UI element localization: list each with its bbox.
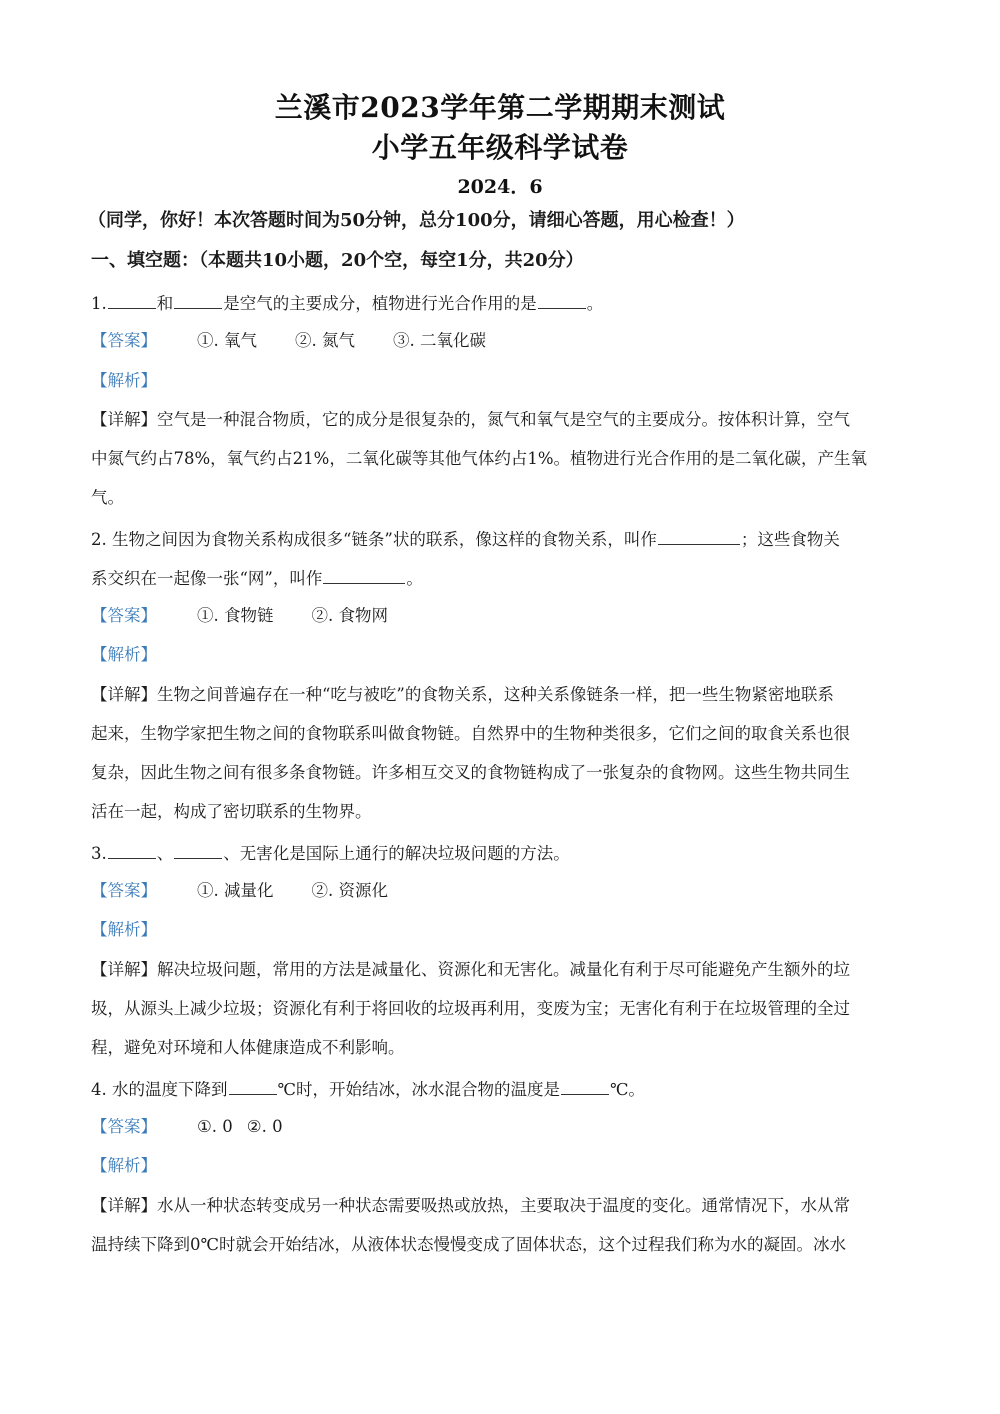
answer-label: 【答案】 — [91, 606, 157, 625]
detail-label: 【详解】 — [91, 960, 157, 979]
answer-blank — [174, 292, 222, 309]
question-number: 2. — [91, 530, 107, 549]
answer-blank — [108, 292, 156, 309]
question-3-analysis-label: 【解析】 — [91, 920, 911, 940]
question-4-analysis-label: 【解析】 — [91, 1156, 911, 1176]
answer-blank — [229, 1078, 277, 1095]
question-3-detail-line: 程，避免对环境和人体健康造成不利影响。 — [91, 1038, 911, 1058]
section-heading: 一、填空题：（本题共10小题，20个空，每空1分，共20分） — [91, 251, 911, 271]
answer-blank — [323, 567, 405, 584]
question-1-detail-line: 【详解】空气是一种混合物质，它的成分是很复杂的，氮气和氧气是空气的主要成分。按体… — [91, 410, 911, 430]
analysis-label: 【解析】 — [91, 1156, 157, 1175]
question-3-detail-line: 【详解】解决垃圾问题，常用的方法是减量化、资源化和无害化。减量化有利于尽可能避免… — [91, 960, 911, 980]
question-2-detail-line: 【详解】生物之间普遍存在一种“吃与被吃”的食物关系，这种关系像链条一样，把一些生… — [91, 685, 911, 705]
answer-item: ②. 氮气 — [295, 331, 355, 351]
question-4-stem: 4. 水的温度下降到℃时，开始结冰，冰水混合物的温度是℃。 — [91, 1078, 911, 1100]
instructions: （同学，你好！本次答题时间为50分钟，总分100分，请细心答题，用心检查！） — [88, 211, 908, 231]
question-4-detail-line: 温持续下降到0℃时就会开始结冰，从液体状态慢慢变成了固体状态，这个过程我们称为水… — [91, 1235, 911, 1255]
detail-label: 【详解】 — [91, 1196, 157, 1215]
question-number: 4. — [91, 1080, 107, 1099]
answer-blank — [108, 842, 156, 859]
question-3-detail-line: 圾，从源头上减少垃圾；资源化有利于将回收的垃圾再利用，变废为宝；无害化有利于在垃… — [91, 999, 911, 1019]
question-2-stem-cont: 系交织在一起像一张“网”，叫作。 — [91, 567, 911, 589]
question-1-analysis-label: 【解析】 — [91, 371, 911, 391]
question-number: 1. — [91, 294, 107, 313]
answer-item: ②. 0 — [247, 1117, 283, 1137]
exam-title: 兰溪市2023学年第二学期期末测试 — [0, 86, 1000, 126]
question-2-analysis-label: 【解析】 — [91, 645, 911, 665]
analysis-label: 【解析】 — [91, 645, 157, 664]
question-1-detail-line: 中氮气约占78%，氧气约占21%，二氧化碳等其他气体约占1%。植物进行光合作用的… — [91, 449, 911, 469]
answer-blank — [561, 1078, 609, 1095]
exam-page: 兰溪市2023学年第二学期期末测试 小学五年级科学试卷 2024．6 （同学，你… — [0, 0, 1000, 1414]
answer-label: 【答案】 — [91, 1117, 157, 1136]
question-number: 3. — [91, 844, 107, 863]
detail-label: 【详解】 — [91, 685, 157, 704]
question-1-detail-line: 气。 — [91, 488, 911, 508]
answer-item: ②. 食物网 — [312, 606, 389, 626]
question-4-answer: 【答案】①. 0②. 0 — [91, 1117, 911, 1137]
answer-item: ①. 0 — [197, 1117, 233, 1137]
answer-item: ②. 资源化 — [312, 881, 389, 901]
question-1-answer: 【答案】①. 氧气②. 氮气③. 二氧化碳 — [91, 331, 911, 351]
answer-item: ③. 二氧化碳 — [393, 331, 486, 351]
answer-label: 【答案】 — [91, 881, 157, 900]
answer-blank — [538, 292, 586, 309]
analysis-label: 【解析】 — [91, 371, 157, 390]
question-2-answer: 【答案】①. 食物链②. 食物网 — [91, 606, 911, 626]
question-4-detail-line: 【详解】水从一种状态转变成另一种状态需要吸热或放热，主要取决于温度的变化。通常情… — [91, 1196, 911, 1216]
question-2-detail-line: 起来，生物学家把生物之间的食物联系叫做食物链。自然界中的生物种类很多，它们之间的… — [91, 724, 911, 744]
question-2-detail-line: 活在一起，构成了密切联系的生物界。 — [91, 802, 911, 822]
exam-date: 2024．6 — [0, 172, 1000, 199]
question-3-stem: 3.、、无害化是国际上通行的解决垃圾问题的方法。 — [91, 842, 911, 864]
question-2-detail-line: 复杂，因此生物之间有很多条食物链。许多相互交叉的食物链构成了一张复杂的食物网。这… — [91, 763, 911, 783]
answer-label: 【答案】 — [91, 331, 157, 350]
question-1-stem: 1.和是空气的主要成分，植物进行光合作用的是。 — [91, 292, 911, 314]
answer-item: ①. 氧气 — [197, 331, 257, 351]
detail-label: 【详解】 — [91, 410, 157, 429]
answer-blank — [174, 842, 222, 859]
answer-item: ①. 食物链 — [197, 606, 274, 626]
analysis-label: 【解析】 — [91, 920, 157, 939]
answer-item: ①. 减量化 — [197, 881, 274, 901]
question-3-answer: 【答案】①. 减量化②. 资源化 — [91, 881, 911, 901]
question-2-stem: 2. 生物之间因为食物关系构成很多“链条”状的联系，像这样的食物关系，叫作；这些… — [91, 528, 911, 550]
exam-subtitle: 小学五年级科学试卷 — [0, 126, 1000, 166]
answer-blank — [658, 528, 740, 545]
